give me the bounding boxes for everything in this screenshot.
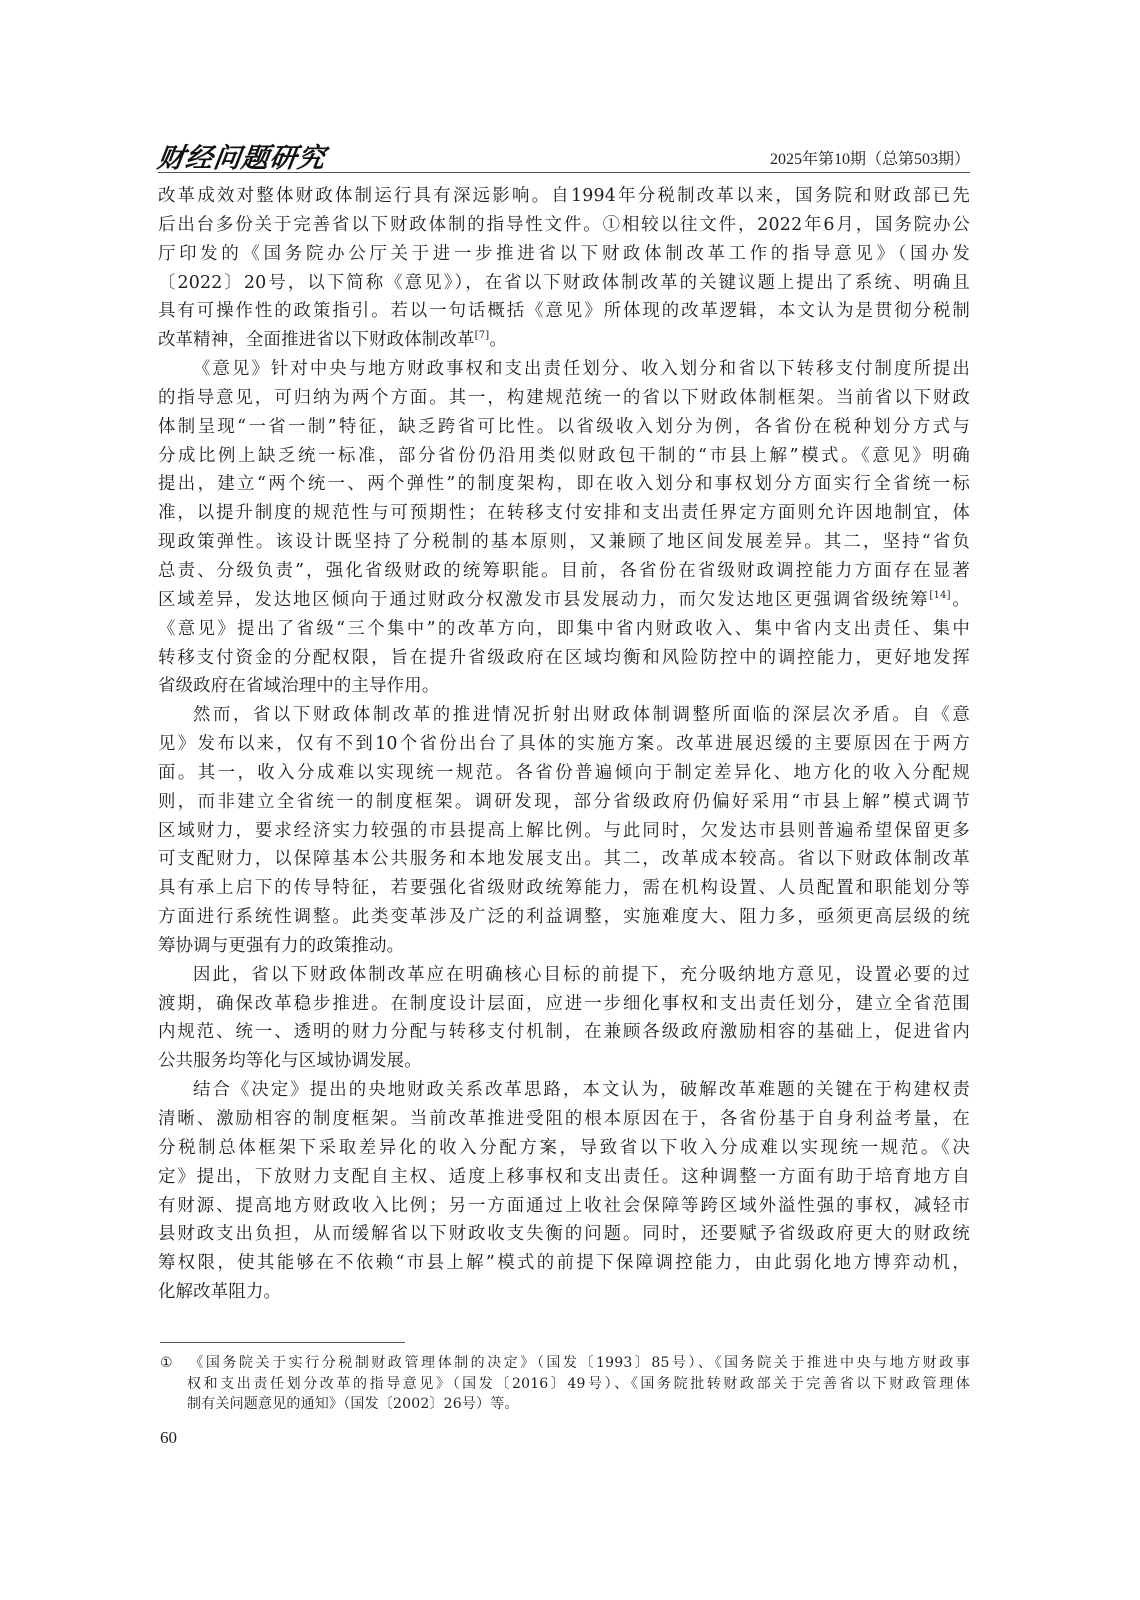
- text-line: 体制呈现“一省一制”特征，缺乏跨省可比性。以省级收入划分为例，各省份在税种划分方…: [158, 413, 970, 442]
- line-text: 分成比例上缺乏统一标准，部分省份仍沿用类似财政包干制的“市县上解”模式。《意见》…: [158, 446, 970, 466]
- line-text: 改革成效对整体财政体制运行具有深远影响。自1994年分税制改革以来，国务院和财政…: [158, 186, 970, 206]
- issue-info: 2025年第10期（总第503期）: [770, 146, 970, 169]
- line-text: 有财源、提高地方财政收入比例；另一方面通过上收社会保障等跨区域外溢性强的事权，减…: [158, 1196, 970, 1216]
- text-line: 因此，省以下财政体制改革应在明确核心目标的前提下，充分吸纳地方意见，设置必要的过: [158, 961, 970, 990]
- text-line: 转移支付资金的分配权限，旨在提升省级政府在区域均衡和风险防控中的调控能力，更好地…: [158, 644, 970, 673]
- line-text: 提出，建立“两个统一、两个弹性”的制度架构，即在收入划分和事权划分方面实行全省统…: [158, 474, 970, 494]
- line-text: 筹协调与更强有力的政策推动。: [158, 936, 404, 956]
- line-text: 体制呈现“一省一制”特征，缺乏跨省可比性。以省级收入划分为例，各省份在税种划分方…: [158, 417, 970, 437]
- text-line: 渡期，确保改革稳步推进。在制度设计层面，应进一步细化事权和支出责任划分，建立全省…: [158, 990, 970, 1019]
- line-text: 厅印发的《国务院办公厅关于进一步推进省以下财政体制改革工作的指导意见》（国办发: [158, 244, 970, 264]
- text-line: 可支配财力，以保障基本公共服务和本地发展支出。其二，改革成本较高。省以下财政体制…: [158, 845, 970, 874]
- text-line: 见》发布以来，仅有不到10个省份出台了具体的实施方案。改革进展迟缓的主要原因在于…: [158, 730, 970, 759]
- line-text: 区域财力，要求经济实力较强的市县提高上解比例。与此同时，欠发达市县则普遍希望保留…: [158, 821, 970, 841]
- line-text: 准，以提升制度的规范性与可预期性；在转移支付安排和支出责任界定方面则允许因地制宜…: [158, 503, 970, 523]
- footnote-line: ①《国务院关于实行分税制财政管理体制的决定》（国发〔1993〕85号）、《国务院…: [160, 1353, 970, 1374]
- line-text: 面。其一，收入分成难以实现统一规范。各省份普遍倾向于制定差异化、地方化的收入分配…: [158, 763, 970, 783]
- line-text: 《意见》提出了省级“三个集中”的改革方向，即集中省内财政收入、集中省内支出责任、…: [158, 619, 970, 639]
- journal-page: 财经问题研究 2025年第10期（总第503期） 改革成效对整体财政体制运行具有…: [0, 0, 1140, 1600]
- line-text: 分税制总体框架下采取差异化的收入分配方案，导致省以下收入分成难以实现统一规范。《…: [158, 1138, 970, 1158]
- text-line: 省级政府在省域治理中的主导作用。: [158, 672, 970, 701]
- line-text: 定》提出，下放财力支配自主权、适度上移事权和支出责任。这种调整一方面有助于培育地…: [158, 1167, 970, 1187]
- text-line: 改革精神，全面推进省以下财政体制改革[7]。: [158, 326, 970, 355]
- footnotes: ①《国务院关于实行分税制财政管理体制的决定》（国发〔1993〕85号）、《国务院…: [160, 1353, 970, 1415]
- citation-ref: [7]: [475, 330, 490, 341]
- text-line: 具有可操作性的政策指引。若以一句话概括《意见》所体现的改革逻辑，本文认为是贯彻分…: [158, 297, 970, 326]
- line-text: 则，而非建立全省统一的制度框架。调研发现，部分省级政府仍偏好采用“市县上解”模式…: [158, 792, 970, 812]
- footnote-marker: ①: [160, 1353, 187, 1374]
- line-text: 可支配财力，以保障基本公共服务和本地发展支出。其二，改革成本较高。省以下财政体制…: [158, 849, 970, 869]
- text-line: 筹协调与更强有力的政策推动。: [158, 932, 970, 961]
- text-line: 提出，建立“两个统一、两个弹性”的制度架构，即在收入划分和事权划分方面实行全省统…: [158, 470, 970, 499]
- text-line: 具有承上启下的传导特征，若要强化省级财政统筹能力，需在机构设置、人员配置和职能划…: [158, 874, 970, 903]
- line-text: 渡期，确保改革稳步推进。在制度设计层面，应进一步细化事权和支出责任划分，建立全省…: [158, 994, 970, 1014]
- footnote-text: 制有关问题意见的通知》（国发〔2002〕26号）等。: [187, 1396, 519, 1412]
- line-text: 省级政府在省域治理中的主导作用。: [158, 676, 439, 696]
- text-line: 方面进行系统性调整。此类变革涉及广泛的利益调整，实施难度大、阻力多，亟须更高层级…: [158, 903, 970, 932]
- journal-logo: 财经问题研究: [155, 136, 328, 175]
- text-line: 改革成效对整体财政体制运行具有深远影响。自1994年分税制改革以来，国务院和财政…: [158, 182, 970, 211]
- line-text: 见》发布以来，仅有不到10个省份出台了具体的实施方案。改革进展迟缓的主要原因在于…: [158, 734, 970, 754]
- text-line: 厅印发的《国务院办公厅关于进一步推进省以下财政体制改革工作的指导意见》（国办发: [158, 240, 970, 269]
- text-line: 的指导意见，可归纳为两个方面。其一，构建规范统一的省以下财政体制框架。当前省以下…: [158, 384, 970, 413]
- line-text: 然而，省以下财政体制改革的推进情况折射出财政体制调整所面临的深层次矛盾。自《意: [193, 705, 970, 725]
- line-text: 后出台多份关于完善省以下财政体制的指导性文件。①相较以往文件，2022年6月，国…: [158, 215, 970, 235]
- text-line: 〔2022〕20号，以下简称《意见》），在省以下财政体制改革的关键议题上提出了系…: [158, 269, 970, 298]
- text-line: 则，而非建立全省统一的制度框架。调研发现，部分省级政府仍偏好采用“市县上解”模式…: [158, 788, 970, 817]
- line-text: 具有可操作性的政策指引。若以一句话概括《意见》所体现的改革逻辑，本文认为是贯彻分…: [158, 301, 970, 321]
- text-line: 化解改革阻力。: [158, 1278, 970, 1307]
- footnote-line: 制有关问题意见的通知》（国发〔2002〕26号）等。: [160, 1394, 970, 1415]
- text-line: 现政策弹性。该设计既坚持了分税制的基本原则，又兼顾了地区间发展差异。其二，坚持“…: [158, 528, 970, 557]
- text-line: 分成比例上缺乏统一标准，部分省份仍沿用类似财政包干制的“市县上解”模式。《意见》…: [158, 442, 970, 471]
- line-text: 化解改革阻力。: [158, 1282, 281, 1302]
- citation-ref: [14]: [929, 590, 950, 601]
- text-line: 清晰、激励相容的制度框架。当前改革推进受阻的根本原因在于，各省份基于自身利益考量…: [158, 1105, 970, 1134]
- text-line: 面。其一，收入分成难以实现统一规范。各省份普遍倾向于制定差异化、地方化的收入分配…: [158, 759, 970, 788]
- footnote-text: 《国务院关于实行分税制财政管理体制的决定》（国发〔1993〕85号）、《国务院关…: [187, 1355, 970, 1371]
- text-line: 结合《决定》提出的央地财政关系改革思路，本文认为，破解改革难题的关键在于构建权责: [158, 1076, 970, 1105]
- text-line: 总责、分级负责”，强化省级财政的统筹职能。目前，各省份在省级财政调控能力方面存在…: [158, 557, 970, 586]
- text-line: 公共服务均等化与区域协调发展。: [158, 1047, 970, 1076]
- line-text: 现政策弹性。该设计既坚持了分税制的基本原则，又兼顾了地区间发展差异。其二，坚持“…: [158, 532, 970, 552]
- text-line: 《意见》提出了省级“三个集中”的改革方向，即集中省内财政收入、集中省内支出责任、…: [158, 615, 970, 644]
- running-header: 财经问题研究 2025年第10期（总第503期）: [158, 136, 970, 173]
- line-text: 内规范、统一、透明的财力分配与转移支付机制，在兼顾各级政府激励相容的基础上，促进…: [158, 1022, 970, 1042]
- line-text: 清晰、激励相容的制度框架。当前改革推进受阻的根本原因在于，各省份基于自身利益考量…: [158, 1109, 970, 1129]
- text-line: 后出台多份关于完善省以下财政体制的指导性文件。①相较以往文件，2022年6月，国…: [158, 211, 970, 240]
- line-text: 结合《决定》提出的央地财政关系改革思路，本文认为，破解改革难题的关键在于构建权责: [193, 1080, 970, 1100]
- line-punct: 。: [489, 330, 507, 350]
- line-text: 县财政支出负担，从而缓解省以下财政收支失衡的问题。同时，还要赋予省级政府更大的财…: [158, 1224, 970, 1244]
- text-line: 有财源、提高地方财政收入比例；另一方面通过上收社会保障等跨区域外溢性强的事权，减…: [158, 1192, 970, 1221]
- text-line: 筹权限，使其能够在不依赖“市县上解”模式的前提下保障调控能力，由此弱化地方博弈动…: [158, 1249, 970, 1278]
- line-text: 转移支付资金的分配权限，旨在提升省级政府在区域均衡和风险防控中的调控能力，更好地…: [158, 648, 970, 668]
- text-line: 内规范、统一、透明的财力分配与转移支付机制，在兼顾各级政府激励相容的基础上，促进…: [158, 1018, 970, 1047]
- text-line: 然而，省以下财政体制改革的推进情况折射出财政体制调整所面临的深层次矛盾。自《意: [158, 701, 970, 730]
- line-text: 的指导意见，可归纳为两个方面。其一，构建规范统一的省以下财政体制框架。当前省以下…: [158, 388, 970, 408]
- line-punct: 。: [951, 590, 970, 610]
- line-text: 区域差异，发达地区倾向于通过财政分权激发市县发展动力，而欠发达地区更强调省级统筹: [158, 590, 929, 610]
- text-line: 区域差异，发达地区倾向于通过财政分权激发市县发展动力，而欠发达地区更强调省级统筹…: [158, 586, 970, 615]
- line-text: 方面进行系统性调整。此类变革涉及广泛的利益调整，实施难度大、阻力多，亟须更高层级…: [158, 907, 970, 927]
- page-number: 60: [160, 1428, 177, 1448]
- line-text: 筹权限，使其能够在不依赖“市县上解”模式的前提下保障调控能力，由此弱化地方博弈动…: [158, 1253, 970, 1273]
- line-text: 改革精神，全面推进省以下财政体制改革: [158, 330, 475, 350]
- line-text: 公共服务均等化与区域协调发展。: [158, 1051, 422, 1071]
- text-line: 定》提出，下放财力支配自主权、适度上移事权和支出责任。这种调整一方面有助于培育地…: [158, 1163, 970, 1192]
- footnote-text: 权和支出责任划分改革的指导意见》（国发〔2016〕49号）、《国务院批转财政部关…: [187, 1376, 970, 1392]
- line-text: 〔2022〕20号，以下简称《意见》），在省以下财政体制改革的关键议题上提出了系…: [158, 273, 970, 293]
- line-text: 《意见》针对中央与地方财政事权和支出责任划分、收入划分和省以下转移支付制度所提出: [193, 359, 970, 379]
- line-text: 具有承上启下的传导特征，若要强化省级财政统筹能力，需在机构设置、人员配置和职能划…: [158, 878, 970, 898]
- text-line: 准，以提升制度的规范性与可预期性；在转移支付安排和支出责任界定方面则允许因地制宜…: [158, 499, 970, 528]
- text-line: 区域财力，要求经济实力较强的市县提高上解比例。与此同时，欠发达市县则普遍希望保留…: [158, 817, 970, 846]
- body-text: 改革成效对整体财政体制运行具有深远影响。自1994年分税制改革以来，国务院和财政…: [158, 182, 970, 1307]
- line-text: 总责、分级负责”，强化省级财政的统筹职能。目前，各省份在省级财政调控能力方面存在…: [158, 561, 970, 581]
- text-line: 县财政支出负担，从而缓解省以下财政收支失衡的问题。同时，还要赋予省级政府更大的财…: [158, 1220, 970, 1249]
- text-line: 分税制总体框架下采取差异化的收入分配方案，导致省以下收入分成难以实现统一规范。《…: [158, 1134, 970, 1163]
- footnote-divider: [160, 1342, 405, 1343]
- line-text: 因此，省以下财政体制改革应在明确核心目标的前提下，充分吸纳地方意见，设置必要的过: [193, 965, 970, 985]
- text-line: 《意见》针对中央与地方财政事权和支出责任划分、收入划分和省以下转移支付制度所提出: [158, 355, 970, 384]
- footnote-line: 权和支出责任划分改革的指导意见》（国发〔2016〕49号）、《国务院批转财政部关…: [160, 1374, 970, 1395]
